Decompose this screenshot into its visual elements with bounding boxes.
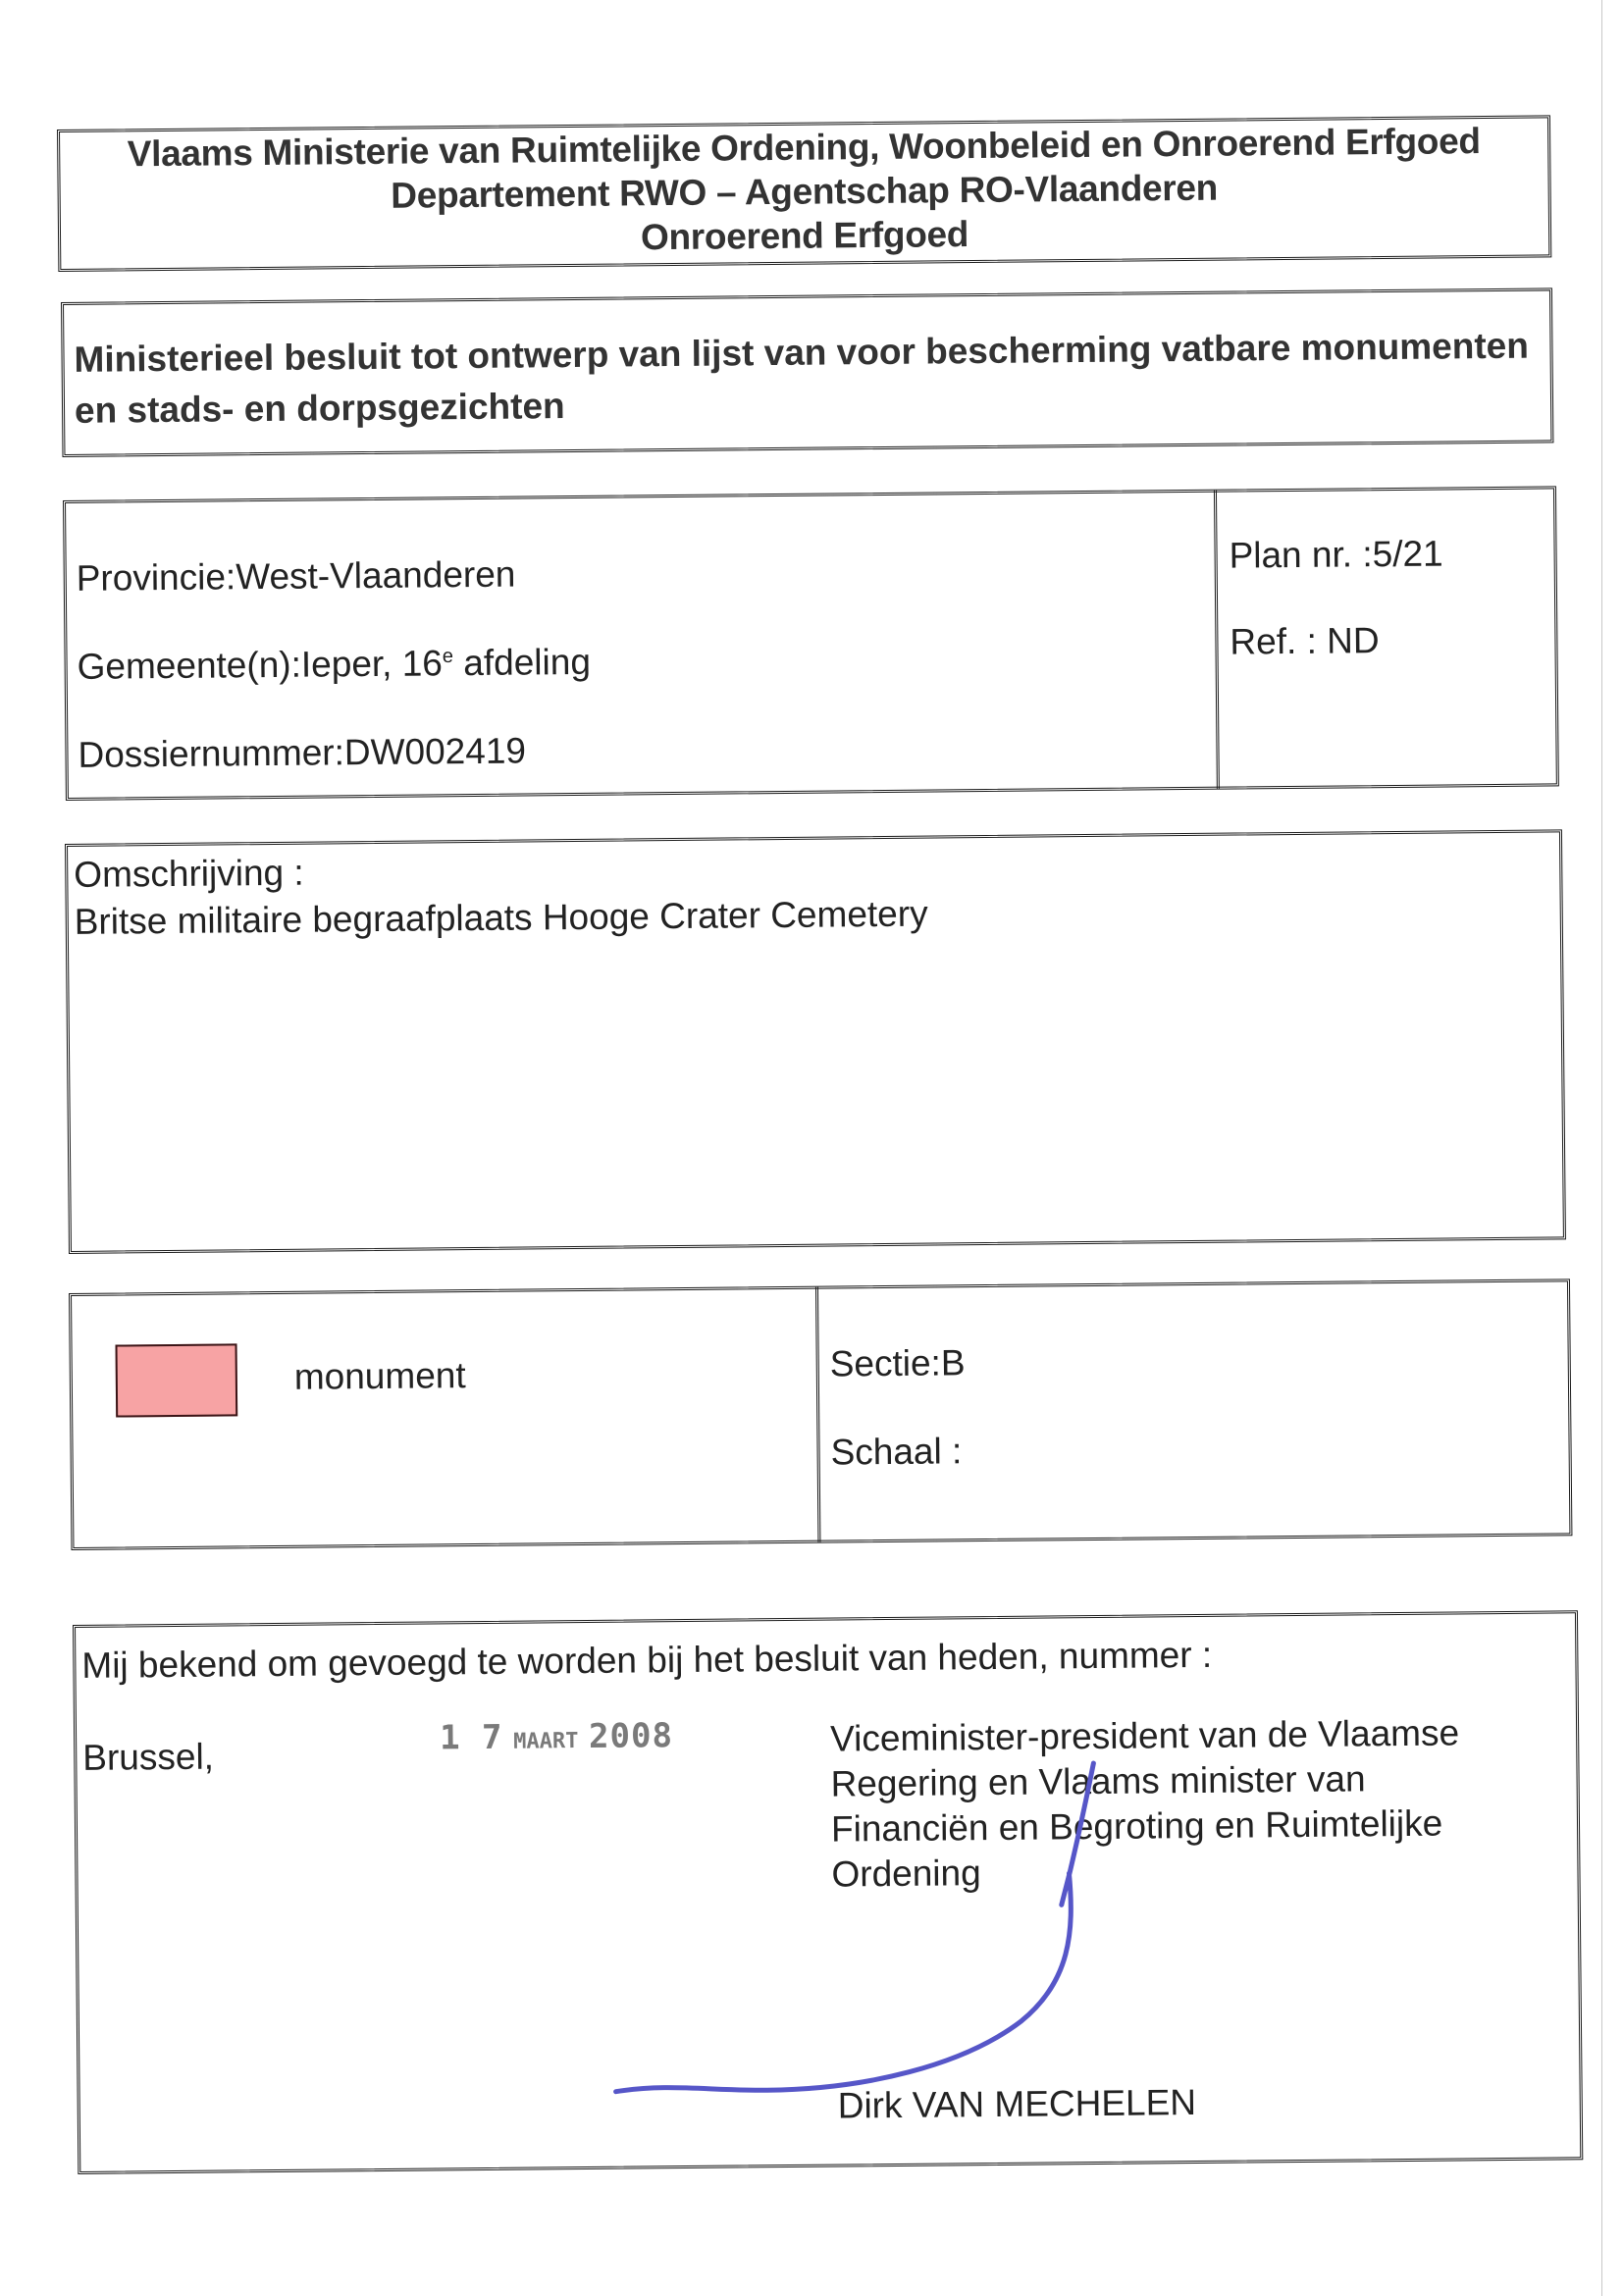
description-box: Omschrijving : Britse militaire begraafp…	[65, 829, 1566, 1254]
decree-title-box: Ministerieel besluit tot ontwerp van lij…	[61, 287, 1553, 457]
description-label: Omschrijving :	[74, 853, 304, 896]
gemeente-superscript: e	[443, 646, 453, 667]
provincie-field: Provincie:West-Vlaanderen	[77, 554, 516, 600]
location-info-box: Provincie:West-Vlaanderen Gemeente(n):Ie…	[63, 486, 1559, 801]
decree-title: Ministerieel besluit tot ontwerp van lij…	[74, 321, 1541, 437]
monument-color-swatch	[116, 1343, 238, 1417]
schaal-field: Schaal :	[830, 1431, 962, 1473]
sectie-field: Sectie:B	[830, 1342, 966, 1384]
signature-box: Mij bekend om gevoegd te worden bij het …	[73, 1610, 1583, 2174]
plan-nr-field: Plan nr. :5/21	[1229, 534, 1442, 577]
ref-field: Ref. : ND	[1230, 620, 1380, 662]
info-divider	[1214, 491, 1223, 789]
legend-label-monument: monument	[294, 1355, 466, 1398]
gemeente-field: Gemeente(n):Ieper, 16e afdeling	[77, 642, 591, 688]
gemeente-value: Gemeente(n):Ieper, 16	[77, 643, 443, 687]
legend-divider	[815, 1287, 823, 1542]
scan-edge-artifact	[1601, 0, 1602, 2296]
gemeente-suffix: afdeling	[453, 642, 591, 683]
ministry-header: Vlaams Ministerie van Ruimtelijke Ordeni…	[57, 115, 1551, 272]
legend-box: monument Sectie:B Schaal :	[69, 1278, 1572, 1550]
description-text: Britse militaire begraafplaats Hooge Cra…	[75, 894, 928, 943]
handwritten-signature-icon	[76, 1613, 1586, 2177]
minister-name: Dirk VAN MECHELEN	[838, 2082, 1197, 2127]
dossiernummer-field: Dossiernummer:DW002419	[78, 730, 526, 775]
